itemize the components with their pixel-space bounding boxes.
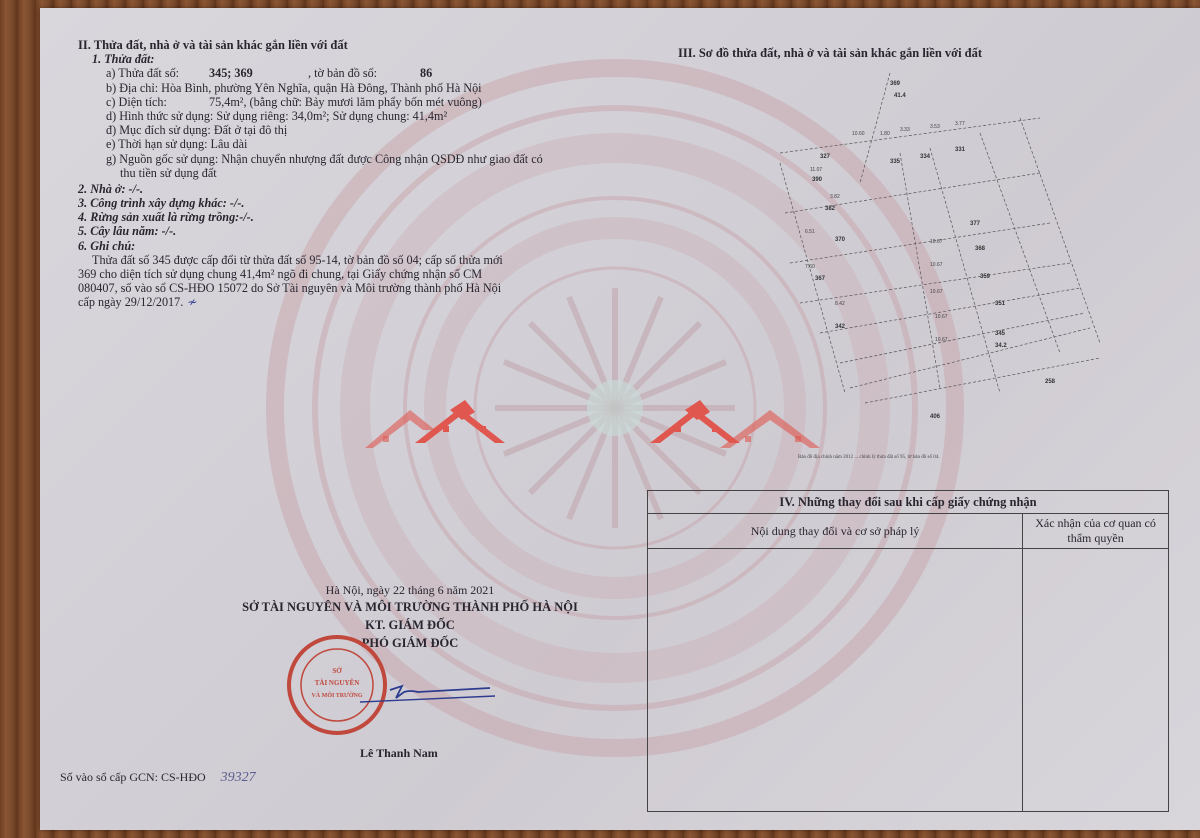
parcel-label: a) Thửa đất số: — [106, 66, 179, 80]
svg-text:368: 368 — [975, 246, 986, 252]
house-logo-icon — [365, 398, 565, 458]
svg-text:331: 331 — [955, 147, 966, 153]
usage-term: e) Thời hạn sử dụng: Lâu dài — [78, 137, 598, 151]
handwritten-signature-icon — [340, 678, 500, 708]
column-header-confirmation: Xác nhận của cơ quan có thẩm quyền — [1023, 514, 1169, 549]
issuing-authority: SỞ TÀI NGUYÊN VÀ MÔI TRƯỜNG THÀNH PHỐ HÀ… — [200, 598, 620, 616]
note-line: Thửa đất số 345 được cấp đổi từ thửa đất… — [78, 253, 598, 267]
registration-number: Số vào sổ cấp GCN: CS-HĐO 39327 — [60, 770, 256, 786]
registration-value: 39327 — [221, 770, 256, 785]
svg-text:34.2: 34.2 — [995, 343, 1007, 349]
svg-text:390: 390 — [812, 177, 823, 183]
section4-heading: IV. Những thay đổi sau khi cấp giấy chứn… — [648, 491, 1169, 514]
usage-origin-2: thu tiền sử dụng đất — [78, 166, 598, 180]
svg-text:382: 382 — [825, 206, 836, 212]
svg-text:335: 335 — [890, 159, 901, 165]
svg-text:3.77: 3.77 — [955, 121, 965, 127]
svg-text:369: 369 — [890, 81, 901, 87]
deputy-director: PHÓ GIÁM ĐỐC — [200, 634, 620, 652]
svg-text:370: 370 — [835, 237, 846, 243]
issue-date: Hà Nội, ngày 22 tháng 6 năm 2021 — [200, 583, 620, 598]
note-line-text: cấp ngày 29/12/2017. — [78, 295, 183, 309]
note-line: 369 cho diện tích sử dụng chung 41,4m² n… — [78, 267, 598, 281]
svg-text:10.67: 10.67 — [930, 289, 943, 295]
svg-text:SỞ: SỞ — [332, 667, 342, 675]
area-value: 75,4m², (bằng chữ: Bảy mươi lăm phẩy bốn… — [209, 95, 482, 109]
svg-text:3.82: 3.82 — [830, 194, 840, 200]
map-sheet-label: , tờ bản đồ số: — [308, 66, 377, 80]
signer-name: Lê Thanh Nam — [360, 746, 438, 761]
svg-text:3.33: 3.33 — [900, 127, 910, 133]
svg-text:359: 359 — [980, 274, 991, 280]
svg-text:377: 377 — [970, 221, 981, 227]
area-label: c) Diện tích: — [106, 95, 167, 109]
changes-table: IV. Những thay đổi sau khi cấp giấy chứn… — [647, 490, 1169, 812]
section3-heading: III. Sơ đồ thửa đất, nhà ở và tài sản kh… — [678, 46, 982, 60]
svg-text:1.80: 1.80 — [880, 131, 890, 137]
svg-text:41.4: 41.4 — [894, 93, 906, 99]
svg-text:7.60: 7.60 — [805, 264, 815, 270]
svg-text:334: 334 — [920, 154, 931, 160]
notes-title: 6. Ghi chú: — [78, 239, 598, 253]
parcel-value: 345; 369 — [209, 66, 253, 80]
svg-text:10.60: 10.60 — [852, 131, 865, 137]
house: 2. Nhà ở: -/-. — [78, 182, 598, 196]
house-logo-icon — [650, 398, 850, 458]
note-line: 080407, số vào sổ CS-HĐO 15072 do Sở Tài… — [78, 281, 598, 295]
forest: 4. Rừng sản xuất là rừng trồng:-/-. — [78, 210, 598, 224]
svg-text:6.51: 6.51 — [805, 229, 815, 235]
perennial-trees: 5. Cây lâu năm: -/-. — [78, 224, 598, 238]
svg-text:258: 258 — [1045, 379, 1056, 385]
svg-text:10.67: 10.67 — [935, 337, 948, 343]
section2-heading: II. Thửa đất, nhà ở và tài sản khác gắn … — [78, 38, 598, 52]
certificate-page: II. Thửa đất, nhà ở và tài sản khác gắn … — [40, 8, 1200, 830]
svg-text:327: 327 — [820, 154, 831, 160]
usage-origin-1: g) Nguồn gốc sử dụng: Nhận chuyển nhượng… — [78, 152, 598, 166]
svg-text:8.42: 8.42 — [835, 301, 845, 307]
changes-content-cell — [648, 549, 1023, 812]
land-title: 1. Thửa đất: — [78, 52, 598, 66]
signature-block: Hà Nội, ngày 22 tháng 6 năm 2021 SỞ TÀI … — [200, 583, 620, 652]
svg-text:10.67: 10.67 — [930, 262, 943, 268]
section-land-info: II. Thửa đất, nhà ở và tài sản khác gắn … — [78, 38, 598, 310]
usage-purpose: đ) Mục đích sử dụng: Đất ở tại đô thị — [78, 123, 598, 137]
svg-text:11.07: 11.07 — [810, 167, 822, 173]
column-header-content: Nội dung thay đổi và cơ sở pháp lý — [648, 514, 1023, 549]
svg-text:367: 367 — [815, 276, 826, 282]
area-row: c) Diện tích: 75,4m², (bằng chữ: Bảy mươ… — [78, 95, 598, 109]
address: b) Địa chỉ: Hòa Bình, phường Yên Nghĩa, … — [78, 81, 598, 95]
note-line: cấp ngày 29/12/2017. ≁ — [78, 295, 598, 309]
svg-text:3.53: 3.53 — [930, 124, 940, 130]
svg-text:406: 406 — [930, 414, 941, 420]
other-works: 3. Công trình xây dựng khác: -/-. — [78, 196, 598, 210]
map-sheet-value: 86 — [420, 66, 432, 80]
svg-text:342: 342 — [835, 324, 846, 330]
svg-text:345: 345 — [995, 331, 1006, 337]
initial-mark-icon: ≁ — [186, 295, 196, 309]
usage-form: d) Hình thức sử dụng: Sử dụng riêng: 34,… — [78, 109, 598, 123]
svg-text:351: 351 — [995, 301, 1006, 307]
parcel-number-row: a) Thửa đất số: 345; 369 , tờ bản đồ số:… — [78, 66, 598, 80]
svg-text:10.67: 10.67 — [930, 239, 943, 245]
changes-confirmation-cell — [1023, 549, 1169, 812]
registration-label: Số vào sổ cấp GCN: CS-HĐO — [60, 770, 206, 784]
svg-text:10.67: 10.67 — [935, 314, 948, 320]
for-director: KT. GIÁM ĐỐC — [200, 616, 620, 634]
